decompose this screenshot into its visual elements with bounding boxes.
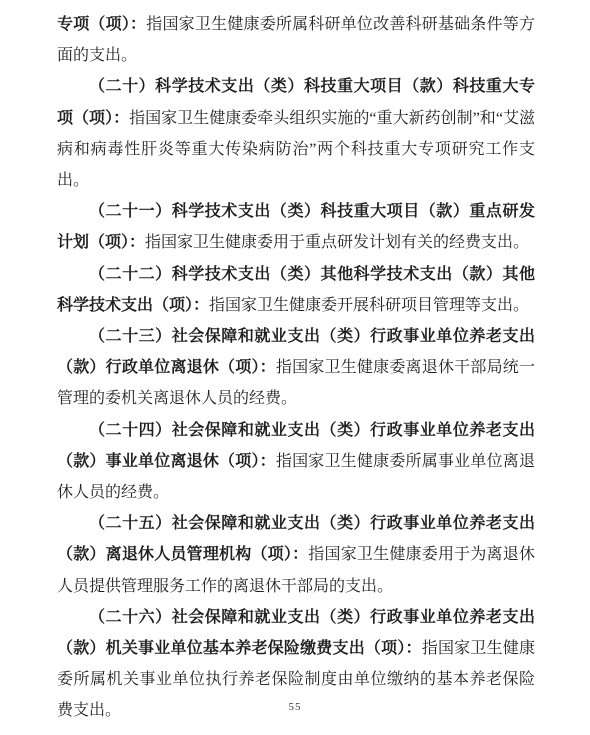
paragraph-body: 指国家卫生健康委牵头组织实施的“重大新药创制”和“艾滋病和病毒性肝炎等重大传染病… — [57, 110, 535, 189]
paragraph: （二十四）社会保障和就业支出（类）行政事业单位养老支出（款）事业单位离退休（项）… — [57, 415, 535, 509]
paragraph: （二十）科学技术支出（类）科技重大项目（款）科技重大专项（项）：指国家卫生健康委… — [57, 71, 535, 196]
paragraph: （二十二）科学技术支出（类）其他科学技术支出（款）其他科学技术支出（项）：指国家… — [57, 259, 535, 321]
paragraph: （二十三）社会保障和就业支出（类）行政事业单位养老支出（款）行政单位离退休（项）… — [57, 321, 535, 415]
paragraph-body: 指国家卫生健康委开展科研项目管理等支出。 — [209, 297, 529, 314]
paragraph: （二十一）科学技术支出（类）科技重大项目（款）重点研发计划（项）：指国家卫生健康… — [57, 196, 535, 258]
paragraph: （二十五）社会保障和就业支出（类）行政事业单位养老支出（款）离退休人员管理机构（… — [57, 508, 535, 602]
document-text-block: 专项（项）：指国家卫生健康委所属科研单位改善科研基础条件等方面的支出。 （二十）… — [57, 0, 535, 727]
page-number: 55 — [0, 701, 590, 713]
paragraph-lead: 专项（项）： — [57, 16, 146, 33]
paragraph-body: 指国家卫生健康委用于重点研发计划有关的经费支出。 — [145, 234, 529, 251]
paragraph: 专项（项）：指国家卫生健康委所属科研单位改善科研基础条件等方面的支出。 — [57, 9, 535, 71]
document-page: 专项（项）：指国家卫生健康委所属科研单位改善科研基础条件等方面的支出。 （二十）… — [0, 0, 590, 735]
